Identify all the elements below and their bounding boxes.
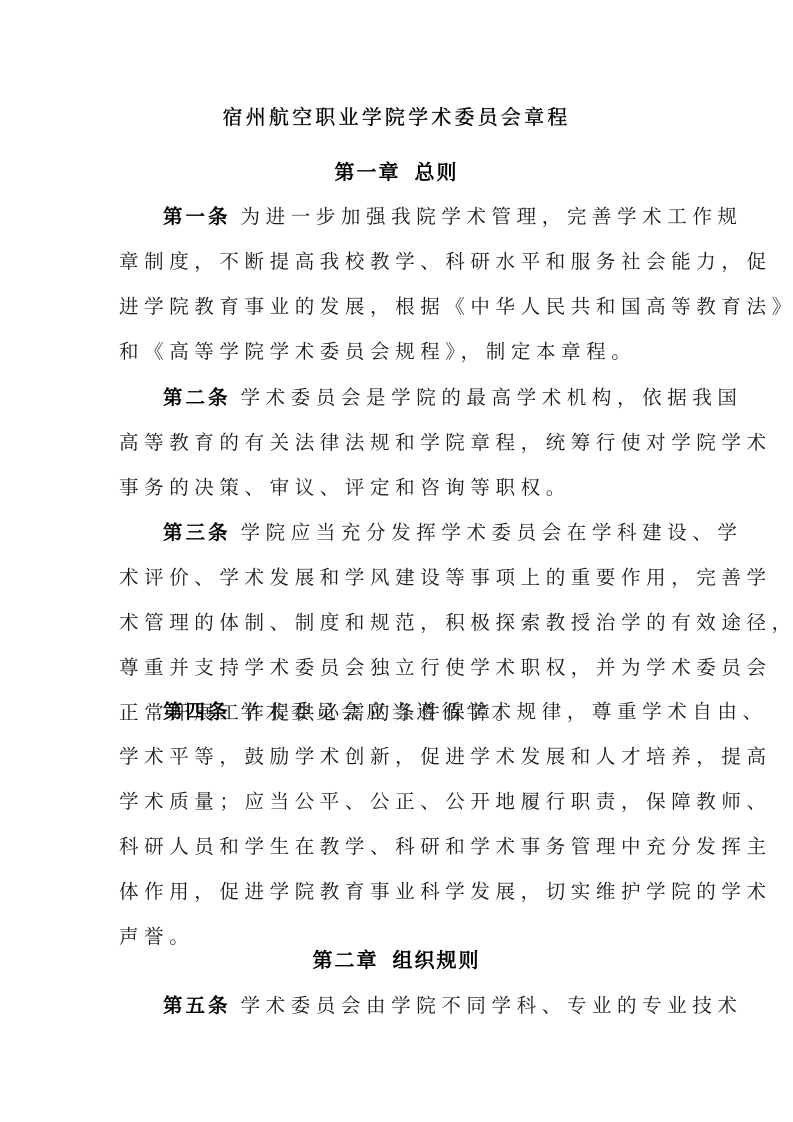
article-5: 第五条学术委员会由学院不同学科、专业的专业技术 [119, 983, 693, 1028]
article-line: 学术质量；应当公平、公正、公开地履行职责，保障教师、 [119, 779, 693, 824]
article-number: 第一条 [163, 205, 231, 228]
article-line: 第二条学术委员会是学院的最高学术机构，依据我国 [119, 375, 693, 420]
article-line: 尊重并支持学术委员会独立行使学术职权，并为学术委员会 [119, 645, 693, 690]
article-text: 为进一步加强我院学术管理，完善学术工作规 [241, 205, 743, 228]
article-text: 学术委员会是学院的最高学术机构，依据我国 [241, 386, 743, 409]
article-line: 第一条为进一步加强我院学术管理，完善学术工作规 [119, 194, 693, 239]
article-number: 第四条 [163, 700, 231, 723]
document-page: 宿州航空职业学院学术委员会章程 第一章总则 第一条为进一步加强我院学术管理，完善… [0, 0, 793, 1122]
chapter-heading-2: 第二章组织规则 [0, 945, 793, 975]
article-line: 术评价、学术发展和学风建设等事项上的重要作用，完善学 [119, 555, 693, 600]
article-line: 科研人员和学生在教学、科研和学术事务管理中充分发挥主 [119, 824, 693, 869]
article-text: 学术委员会由学院不同学科、专业的专业技术 [241, 994, 743, 1017]
document-title: 宿州航空职业学院学术委员会章程 [0, 102, 793, 132]
article-line: 术管理的体制、制度和规范，积极探索教授治学的有效途径， [119, 600, 693, 645]
chapter-heading-1: 第一章总则 [0, 157, 793, 187]
article-number: 第三条 [163, 521, 231, 544]
chapter-name: 组织规则 [393, 948, 481, 972]
article-text: 学院应当充分发挥学术委员会在学科建设、学 [241, 521, 743, 544]
article-1: 第一条为进一步加强我院学术管理，完善学术工作规 章制度，不断提高我校教学、科研水… [119, 194, 693, 374]
article-line: 和《高等学院学术委员会规程》，制定本章程。 [119, 329, 693, 374]
chapter-number: 第二章 [313, 948, 379, 972]
article-line: 进学院教育事业的发展，根据《中华人民共和国高等教育法》 [119, 284, 693, 329]
article-number: 第五条 [163, 994, 231, 1017]
article-line: 高等教育的有关法律法规和学院章程，统筹行使对学院学术 [119, 420, 693, 465]
article-line: 第四条学术委员会应当遵循学术规律，尊重学术自由、 [119, 689, 693, 734]
chapter-name: 总则 [415, 160, 459, 184]
article-line: 体作用，促进学院教育事业科学发展，切实维护学院的学术 [119, 869, 693, 914]
article-line: 章制度，不断提高我校教学、科研水平和服务社会能力，促 [119, 239, 693, 284]
article-text: 学术委员会应当遵循学术规律，尊重学术自由、 [241, 700, 768, 723]
article-line: 第三条学院应当充分发挥学术委员会在学科建设、学 [119, 510, 693, 555]
article-number: 第二条 [163, 386, 231, 409]
chapter-number: 第一章 [335, 160, 401, 184]
article-2: 第二条学术委员会是学院的最高学术机构，依据我国 高等教育的有关法律法规和学院章程… [119, 375, 693, 510]
article-line: 事务的决策、审议、评定和咨询等职权。 [119, 465, 693, 510]
article-line: 学术平等，鼓励学术创新，促进学术发展和人才培养，提高 [119, 734, 693, 779]
article-line: 第五条学术委员会由学院不同学科、专业的专业技术 [119, 983, 693, 1028]
article-4: 第四条学术委员会应当遵循学术规律，尊重学术自由、 学术平等，鼓励学术创新，促进学… [119, 689, 693, 959]
